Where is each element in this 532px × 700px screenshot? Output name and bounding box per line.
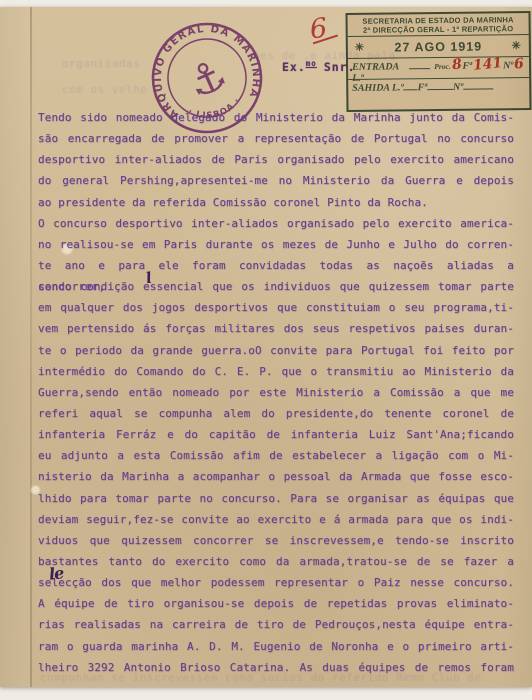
body-line: no realisou-se em Paris durante os mezes… [38, 234, 514, 255]
body-line: rias realisadas na carreira de tiro de P… [38, 614, 514, 635]
proc-label: Proc. [434, 62, 451, 71]
sahida-folha-blank [427, 80, 453, 90]
paper-fold-band [0, 7, 30, 687]
date-row: ✳ 27 AGO 1919 ✳ [348, 35, 529, 59]
body-line: infanteria Ferráz e do capitão de infant… [38, 424, 514, 445]
registry-stamp: SECRETARIA DE ESTADO DA MARINHA 2ª DIREC… [345, 11, 531, 112]
registry-stamp-line2: 2ª DIRECÇÃO GERAL - 1ª REPARTIÇÃO [350, 24, 527, 35]
body-line: lhido para tomar parte no concurso. Para… [38, 488, 514, 509]
body-line: selecção dos que melhor podessem represe… [38, 572, 514, 593]
sahida-numero-label: Nº [453, 82, 463, 93]
sahida-livro-blank [404, 80, 418, 90]
entrada-row: ENTRADA L.º Proc. 8 Fª 141 Nº 6 [348, 57, 529, 80]
salutation: Ex.moSnr. [282, 59, 356, 74]
body-line: viduos que quizessem concorrer se inscre… [38, 530, 514, 551]
ornament-icon: ✳ [355, 41, 365, 54]
entrada-label: ENTRADA L.º [352, 61, 410, 84]
body-line: em qualquer dos jogos desportivos que co… [38, 297, 514, 318]
proc-value-handwritten: 8 [452, 64, 462, 65]
registry-stamp-header: SECRETARIA DE ESTADO DA MARINHA 2ª DIREC… [348, 13, 529, 37]
body-line: A équipe de tiro organisou-se depois de … [38, 593, 514, 614]
folha-value-handwritten: 141 [473, 63, 502, 66]
scanned-document: organisadas com os velho ções de ,e aind… [0, 0, 532, 700]
body-line: referi aqual se compunha alem do preside… [38, 403, 514, 424]
body-line: bastantes tanto do exercito como da arma… [38, 551, 514, 572]
body-line: O concurso desportivo inter-aliados orga… [38, 213, 514, 234]
body-line: sendo condição essencial que os individu… [38, 276, 514, 297]
body-line: deviam seguir,fez-se convite ao exercito… [38, 509, 514, 530]
salutation-superscript: mo [306, 59, 317, 68]
hand-correction: le [48, 563, 64, 583]
body-line: Tendo sido nomeado delegado do Ministeri… [38, 107, 514, 128]
paper-crease [30, 7, 32, 687]
paper-sheet: organisadas com os velho ções de ,e aind… [0, 7, 532, 687]
body-line: intermédio do Comando do C. E. P. que o … [38, 361, 514, 382]
body-line: ao presidente da referida Comissão coron… [38, 192, 514, 213]
body-line: lheiro 3292 Antonio Brioso Catarina. As … [38, 657, 514, 678]
sahida-label: SAHIDA L.º [352, 82, 403, 94]
body-line: te ano e para ele foram convidadas todas… [38, 255, 514, 276]
body-line: desportivo inter-aliados de Paris organi… [38, 149, 514, 170]
anchor-icon: ⚓ [180, 48, 234, 108]
ghost-line: com os velho [62, 83, 147, 96]
body-text: Tendo sido nomeado delegado do Ministeri… [38, 107, 514, 678]
body-line: ram o guarda marinha A. D. M. Eugenio de… [38, 636, 514, 657]
body-line: do general Pershing,apresentei-me no Min… [38, 170, 514, 191]
folha-label: Fª [462, 61, 471, 72]
date-stamp: 27 AGO 1919 [394, 39, 482, 54]
body-line: Guerra,sendo então nomeado por este Mini… [38, 382, 514, 403]
folio-number: 6 [309, 14, 338, 46]
numero-label: Nº [503, 60, 513, 71]
body-line: são encarregada de promover a representa… [38, 128, 514, 149]
sahida-numero-blank [463, 79, 493, 89]
ghost-line: organisadas [62, 57, 140, 70]
numero-value-handwritten: 6 [514, 64, 524, 65]
salutation-prefix: Ex. [282, 60, 306, 74]
body-line: te o periodo da grande guerra.oO convite… [38, 340, 514, 361]
entrada-livro-blank [409, 59, 430, 69]
ornament-icon: ✳ [512, 39, 522, 52]
body-line: vem pertensido ás forças militares dos s… [38, 318, 514, 339]
body-line: nisterio da Marinha a acompanhar o pesso… [38, 466, 514, 487]
body-line: eu adjunto a esta Comissão afim de estab… [38, 445, 514, 466]
sahida-folha-label: Fª [418, 82, 427, 93]
